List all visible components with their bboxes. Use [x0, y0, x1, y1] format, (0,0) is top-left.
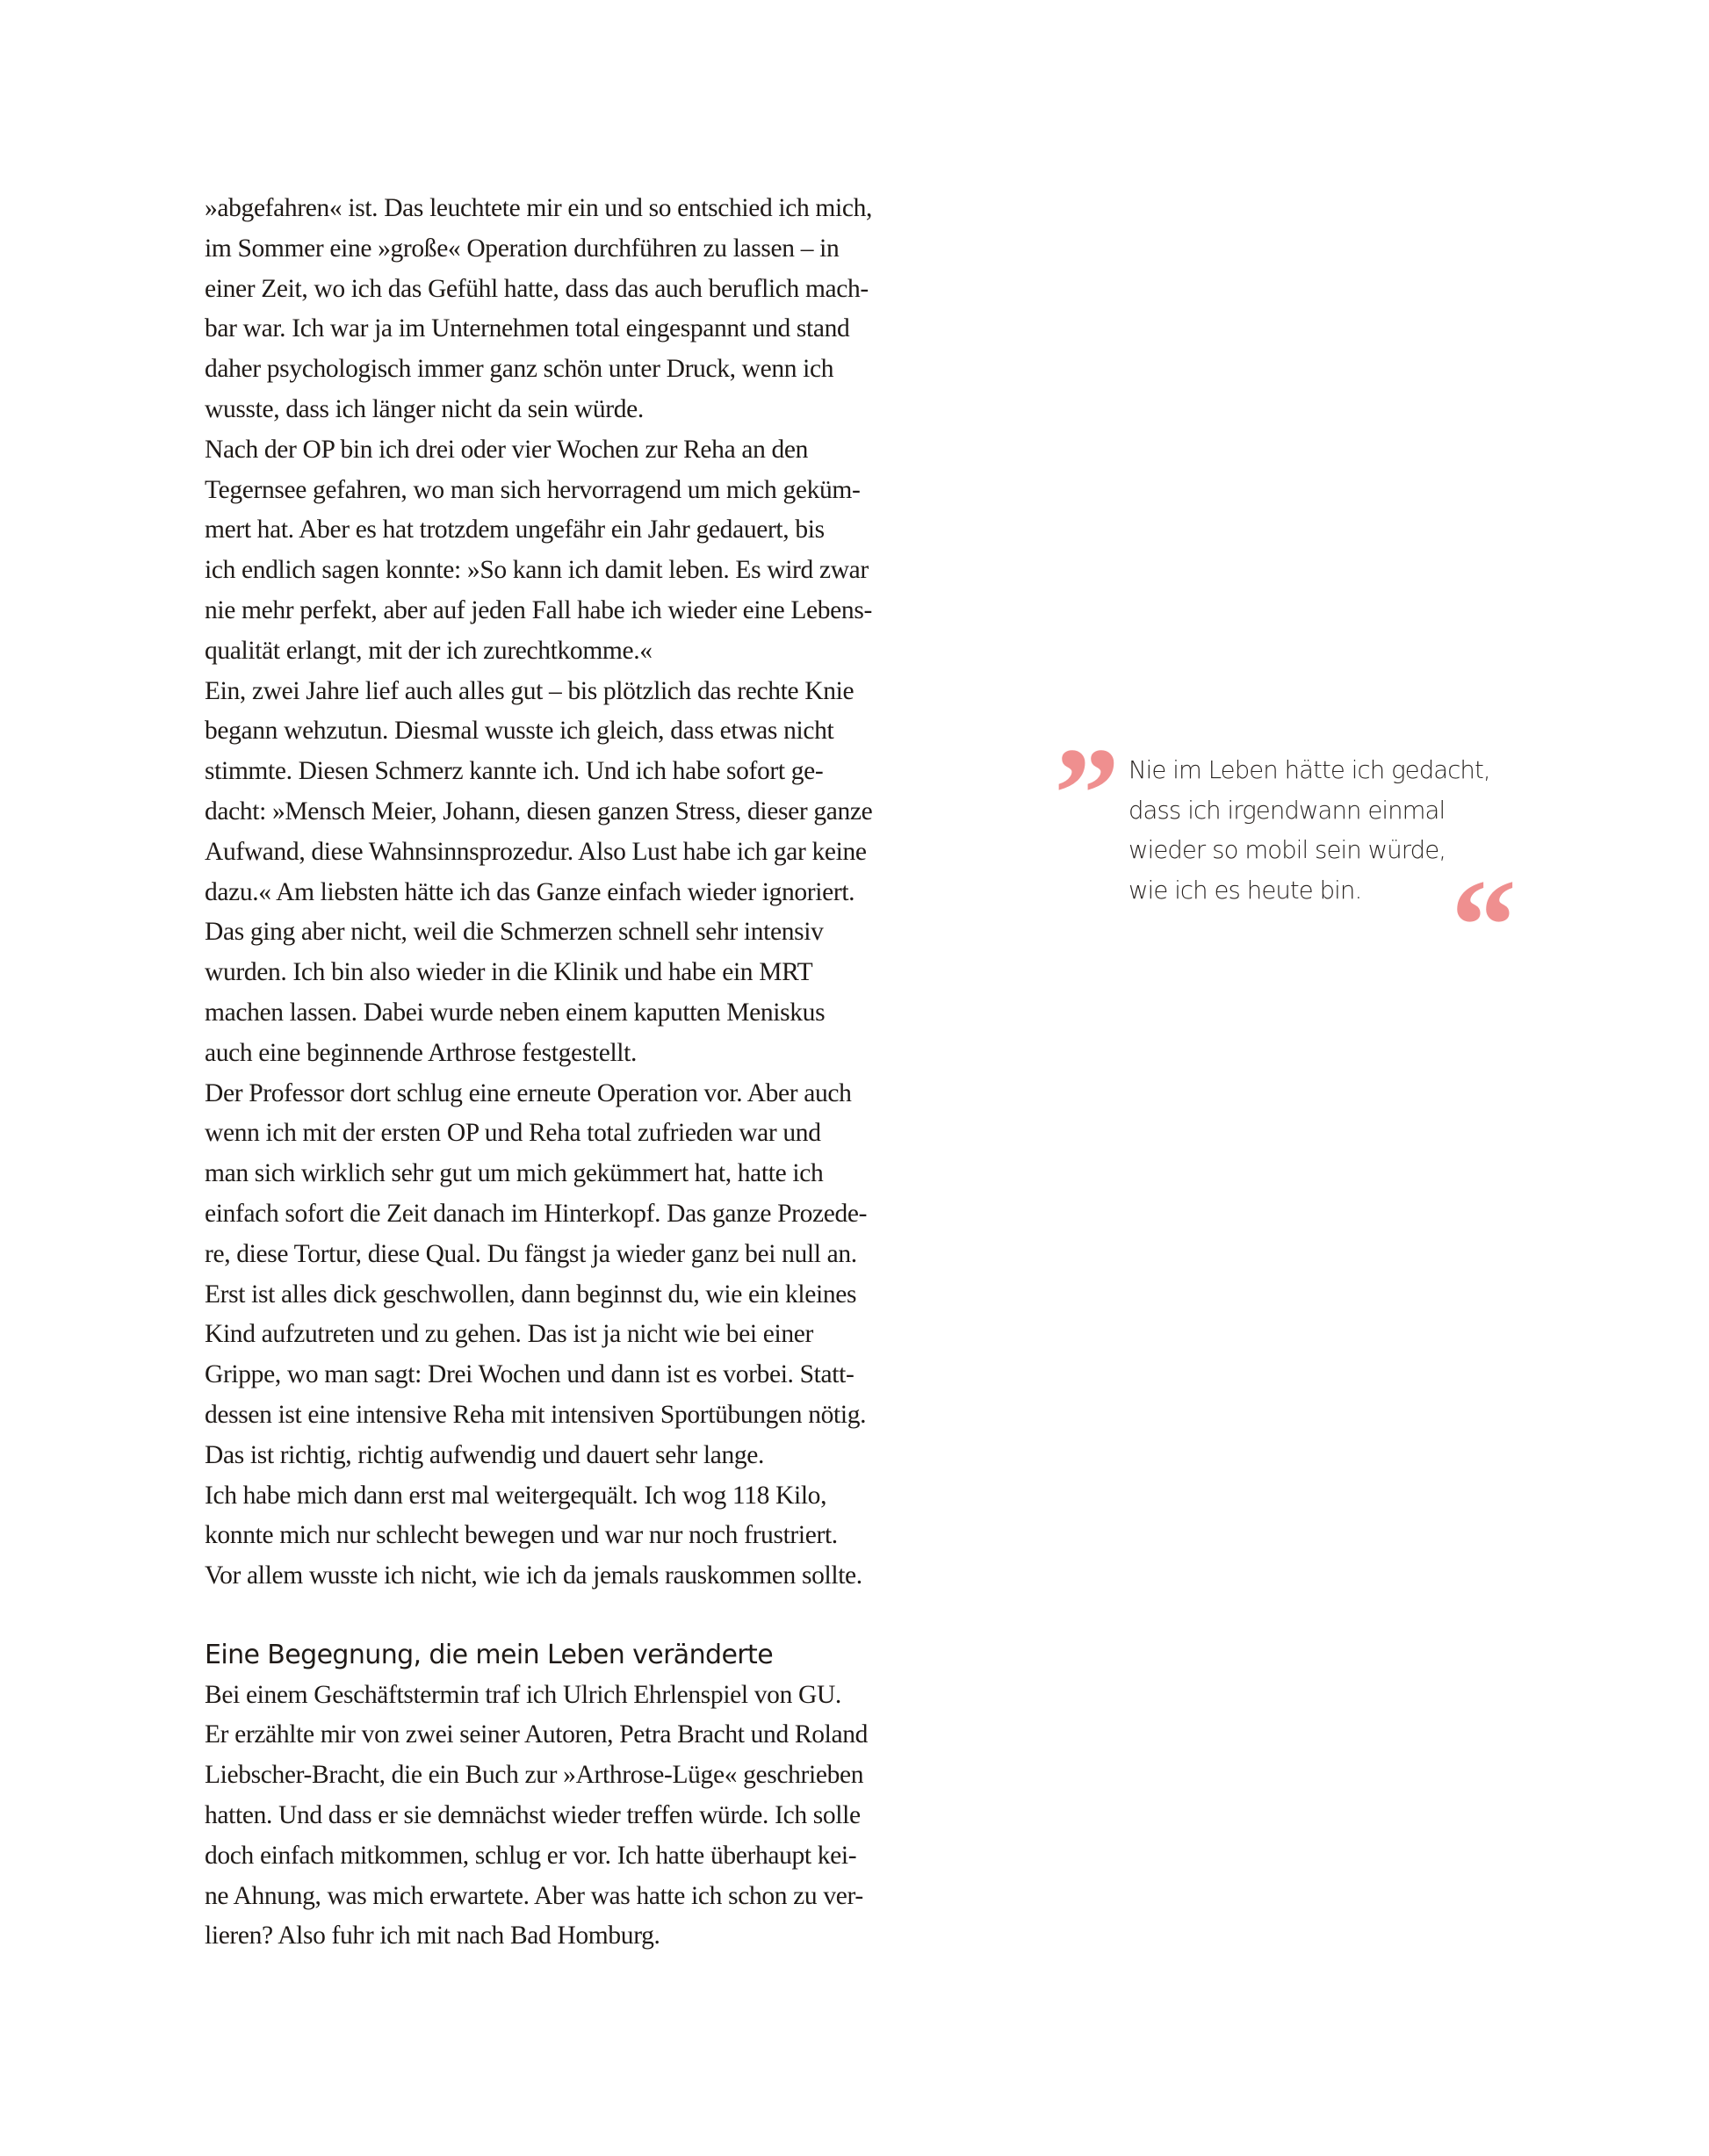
section-2-text: Bei einem Geschäftstermin traf ich Ulric…	[205, 1676, 995, 1958]
text-line: Bei einem Geschäftstermin traf ich Ulric…	[205, 1676, 995, 1716]
text-line: stimmte. Diesen Schmerz kannte ich. Und …	[205, 752, 995, 792]
close-quote-mark-icon: “	[1451, 860, 1517, 991]
quote-line: Nie im Leben hätte ich gedacht,	[1129, 751, 1506, 791]
text-line: konnte mich nur schlecht bewegen und war…	[205, 1516, 995, 1556]
text-line: nie mehr perfekt, aber auf jeden Fall ha…	[205, 591, 995, 631]
text-line: wusste, dass ich länger nicht da sein wü…	[205, 390, 995, 430]
text-line: begann wehzutun. Diesmal wusste ich glei…	[205, 711, 995, 752]
text-line: Kind aufzutreten und zu gehen. Das ist j…	[205, 1315, 995, 1355]
text-line: ne Ahnung, was mich erwartete. Aber was …	[205, 1877, 995, 1917]
book-page: »abgefahren« ist. Das leuchtete mir ein …	[0, 0, 1709, 2156]
pull-quote: ” Nie im Leben hätte ich gedacht, dass i…	[1054, 751, 1511, 944]
text-line: qualität erlangt, mit der ich zurechtkom…	[205, 631, 995, 672]
body-text-column: »abgefahren« ist. Das leuchtete mir ein …	[205, 189, 995, 1957]
text-line: ich endlich sagen konnte: »So kann ich d…	[205, 551, 995, 591]
text-line: im Sommer eine »große« Operation durchfü…	[205, 229, 995, 270]
text-line: machen lassen. Dabei wurde neben einem k…	[205, 993, 995, 1034]
text-line: auch eine beginnende Arthrose festgestel…	[205, 1034, 995, 1074]
text-line: dazu.« Am liebsten hätte ich das Ganze e…	[205, 873, 995, 913]
section-1-text: »abgefahren« ist. Das leuchtete mir ein …	[205, 189, 995, 1597]
text-line: Liebscher-Bracht, die ein Buch zur »Arth…	[205, 1756, 995, 1796]
text-line: dessen ist eine intensive Reha mit inten…	[205, 1395, 995, 1436]
text-line: wenn ich mit der ersten OP und Reha tota…	[205, 1114, 995, 1154]
text-line: einfach sofort die Zeit danach im Hinter…	[205, 1194, 995, 1235]
text-line: Vor allem wusste ich nicht, wie ich da j…	[205, 1556, 995, 1597]
open-quote-mark-icon: ”	[1054, 728, 1120, 860]
text-line: dacht: »Mensch Meier, Johann, diesen gan…	[205, 792, 995, 833]
text-line: doch einfach mitkommen, schlug er vor. I…	[205, 1836, 995, 1877]
text-line: mert hat. Aber es hat trotzdem ungefähr …	[205, 510, 995, 551]
text-line: wurden. Ich bin also wieder in die Klini…	[205, 953, 995, 993]
text-line: Nach der OP bin ich drei oder vier Woche…	[205, 430, 995, 471]
quote-line: dass ich irgendwann einmal	[1129, 791, 1506, 832]
text-line: Aufwand, diese Wahnsinnsprozedur. Also L…	[205, 833, 995, 873]
section-heading: Eine Begegnung, die mein Leben verändert…	[205, 1635, 995, 1676]
text-line: bar war. Ich war ja im Unternehmen total…	[205, 309, 995, 350]
text-line: man sich wirklich sehr gut um mich geküm…	[205, 1154, 995, 1194]
text-line: Erst ist alles dick geschwollen, dann be…	[205, 1275, 995, 1316]
quote-line: wie ich es heute bin.	[1129, 871, 1506, 912]
quote-line: wieder so mobil sein würde,	[1129, 831, 1506, 871]
pull-quote-text: Nie im Leben hätte ich gedacht, dass ich…	[1129, 751, 1506, 912]
text-line: re, diese Tortur, diese Qual. Du fängst …	[205, 1235, 995, 1275]
text-line: hatten. Und dass er sie demnächst wieder…	[205, 1796, 995, 1836]
text-line: daher psychologisch immer ganz schön unt…	[205, 350, 995, 390]
text-line: Grippe, wo man sagt: Drei Wochen und dan…	[205, 1355, 995, 1395]
text-line: »abgefahren« ist. Das leuchtete mir ein …	[205, 189, 995, 229]
text-line: einer Zeit, wo ich das Gefühl hatte, das…	[205, 270, 995, 310]
text-line: Ich habe mich dann erst mal weitergequäl…	[205, 1476, 995, 1517]
text-line: Der Professor dort schlug eine erneute O…	[205, 1074, 995, 1114]
text-line: Das ist richtig, richtig aufwendig und d…	[205, 1436, 995, 1476]
text-line: Ein, zwei Jahre lief auch alles gut – bi…	[205, 672, 995, 712]
text-line: Tegernsee gefahren, wo man sich hervorra…	[205, 471, 995, 511]
text-line: lieren? Also fuhr ich mit nach Bad Hombu…	[205, 1916, 995, 1957]
text-line: Er erzählte mir von zwei seiner Autoren,…	[205, 1715, 995, 1756]
text-line: Das ging aber nicht, weil die Schmerzen …	[205, 912, 995, 953]
